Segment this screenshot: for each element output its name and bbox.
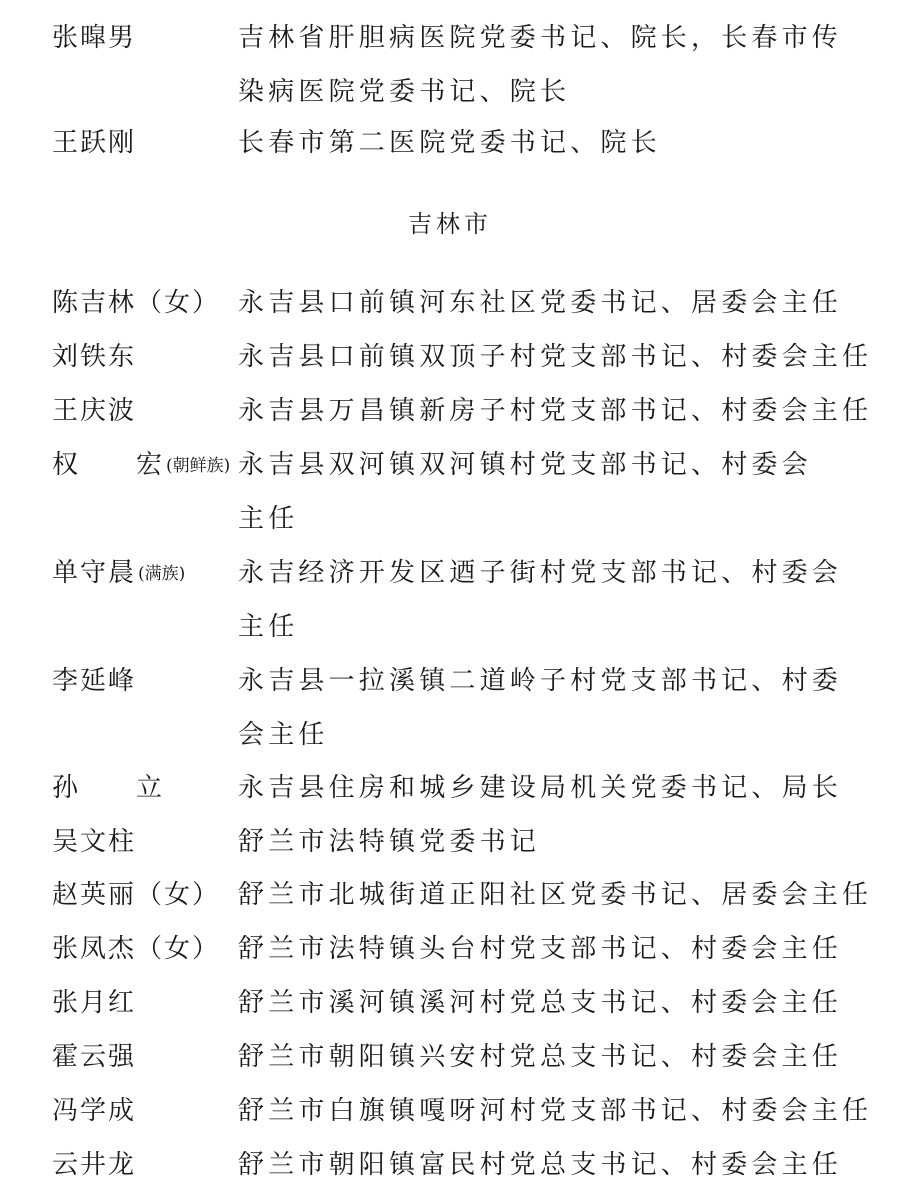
title-line: 永吉县双河镇双河镇村党支部书记、村委会: [238, 447, 858, 501]
title-line: 染病医院党委书记、院长: [238, 74, 858, 128]
person-name: 权 宏(朝鲜族): [52, 447, 230, 486]
person-name: 霍云强: [52, 1039, 136, 1075]
person-title: 吉林省肝胆病医院党委书记、院长，长春市传 染病医院党委书记、院长: [238, 20, 858, 128]
title-line: 舒兰市溪河镇溪河村党总支书记、村委会主任: [238, 985, 858, 1039]
title-line: 长春市第二医院党委书记、院长: [238, 125, 858, 179]
title-line: 舒兰市法特镇头台村党支部书记、村委会主任: [238, 931, 858, 985]
title-line: 永吉县万昌镇新房子村党支部书记、村委会主任: [238, 393, 858, 447]
title-line: 舒兰市朝阳镇兴安村党总支书记、村委会主任: [238, 1039, 858, 1093]
title-line: 永吉县住房和城乡建设局机关党委书记、局长: [238, 770, 858, 824]
person-title: 永吉县一拉溪镇二道岭子村党支部书记、村委 会主任: [238, 663, 858, 771]
person-name: 云井龙: [52, 1147, 136, 1183]
title-line: 主任: [238, 609, 858, 663]
gender-note: （女）: [136, 880, 220, 910]
person-title: 永吉县住房和城乡建设局机关党委书记、局长: [238, 770, 858, 824]
person-title: 永吉县口前镇河东社区党委书记、居委会主任: [238, 285, 858, 339]
ethnicity-note: (满族): [138, 564, 185, 584]
person-name: 李延峰: [52, 663, 136, 699]
gender-note: （女）: [136, 288, 220, 318]
person-name: 吴文柱: [52, 824, 136, 860]
person-name: 单守晨(满族): [52, 555, 185, 594]
ethnicity-note: (朝鲜族): [166, 456, 230, 476]
person-title: 舒兰市朝阳镇富民村党总支书记、村委会主任: [238, 1147, 858, 1200]
title-line: 吉林省肝胆病医院党委书记、院长，长春市传: [238, 20, 858, 74]
gender-note: （女）: [136, 934, 220, 964]
person-title: 舒兰市北城街道正阳社区党委书记、居委会主任: [238, 877, 858, 931]
title-line: 永吉县口前镇河东社区党委书记、居委会主任: [238, 285, 858, 339]
person-name: 张月红: [52, 985, 136, 1021]
person-title: 永吉县口前镇双顶子村党支部书记、村委会主任: [238, 339, 858, 393]
person-title: 舒兰市溪河镇溪河村党总支书记、村委会主任: [238, 985, 858, 1039]
person-title: 永吉县双河镇双河镇村党支部书记、村委会 主任: [238, 447, 858, 555]
person-name: 王跃刚: [52, 125, 136, 161]
person-title: 舒兰市白旗镇嘎呀河村党支部书记、村委会主任: [238, 1093, 858, 1147]
person-title: 舒兰市法特镇党委书记: [238, 824, 858, 878]
title-line: 永吉县口前镇双顶子村党支部书记、村委会主任: [238, 339, 858, 393]
title-line: 舒兰市法特镇党委书记: [238, 824, 858, 878]
person-name: 孙 立: [52, 770, 164, 806]
title-line: 永吉经济开发区迺子街村党支部书记、村委会: [238, 555, 858, 609]
person-name: 刘铁东: [52, 339, 136, 375]
person-name: 张暭男: [52, 20, 136, 56]
document-page: 张暭男 吉林省肝胆病医院党委书记、院长，长春市传 染病医院党委书记、院长 王跃刚…: [0, 0, 900, 1200]
title-line: 舒兰市白旗镇嘎呀河村党支部书记、村委会主任: [238, 1093, 858, 1147]
title-line: 主任: [238, 501, 858, 555]
title-line: 会主任: [238, 717, 858, 771]
person-title: 长春市第二医院党委书记、院长: [238, 125, 858, 179]
person-name: 王庆波: [52, 393, 136, 429]
title-line: 舒兰市北城街道正阳社区党委书记、居委会主任: [238, 877, 858, 931]
person-title: 舒兰市法特镇头台村党支部书记、村委会主任: [238, 931, 858, 985]
person-name: 陈吉林（女）: [52, 285, 220, 321]
person-name: 张凤杰（女）: [52, 931, 220, 967]
person-title: 永吉经济开发区迺子街村党支部书记、村委会 主任: [238, 555, 858, 663]
title-line: 永吉县一拉溪镇二道岭子村党支部书记、村委: [238, 663, 858, 717]
person-title: 舒兰市朝阳镇兴安村党总支书记、村委会主任: [238, 1039, 858, 1093]
person-name: 赵英丽（女）: [52, 877, 220, 913]
section-heading: 吉林市: [0, 206, 900, 242]
title-line: 舒兰市朝阳镇富民村党总支书记、村委会主任: [238, 1147, 858, 1200]
person-name: 冯学成: [52, 1093, 136, 1129]
person-title: 永吉县万昌镇新房子村党支部书记、村委会主任: [238, 393, 858, 447]
